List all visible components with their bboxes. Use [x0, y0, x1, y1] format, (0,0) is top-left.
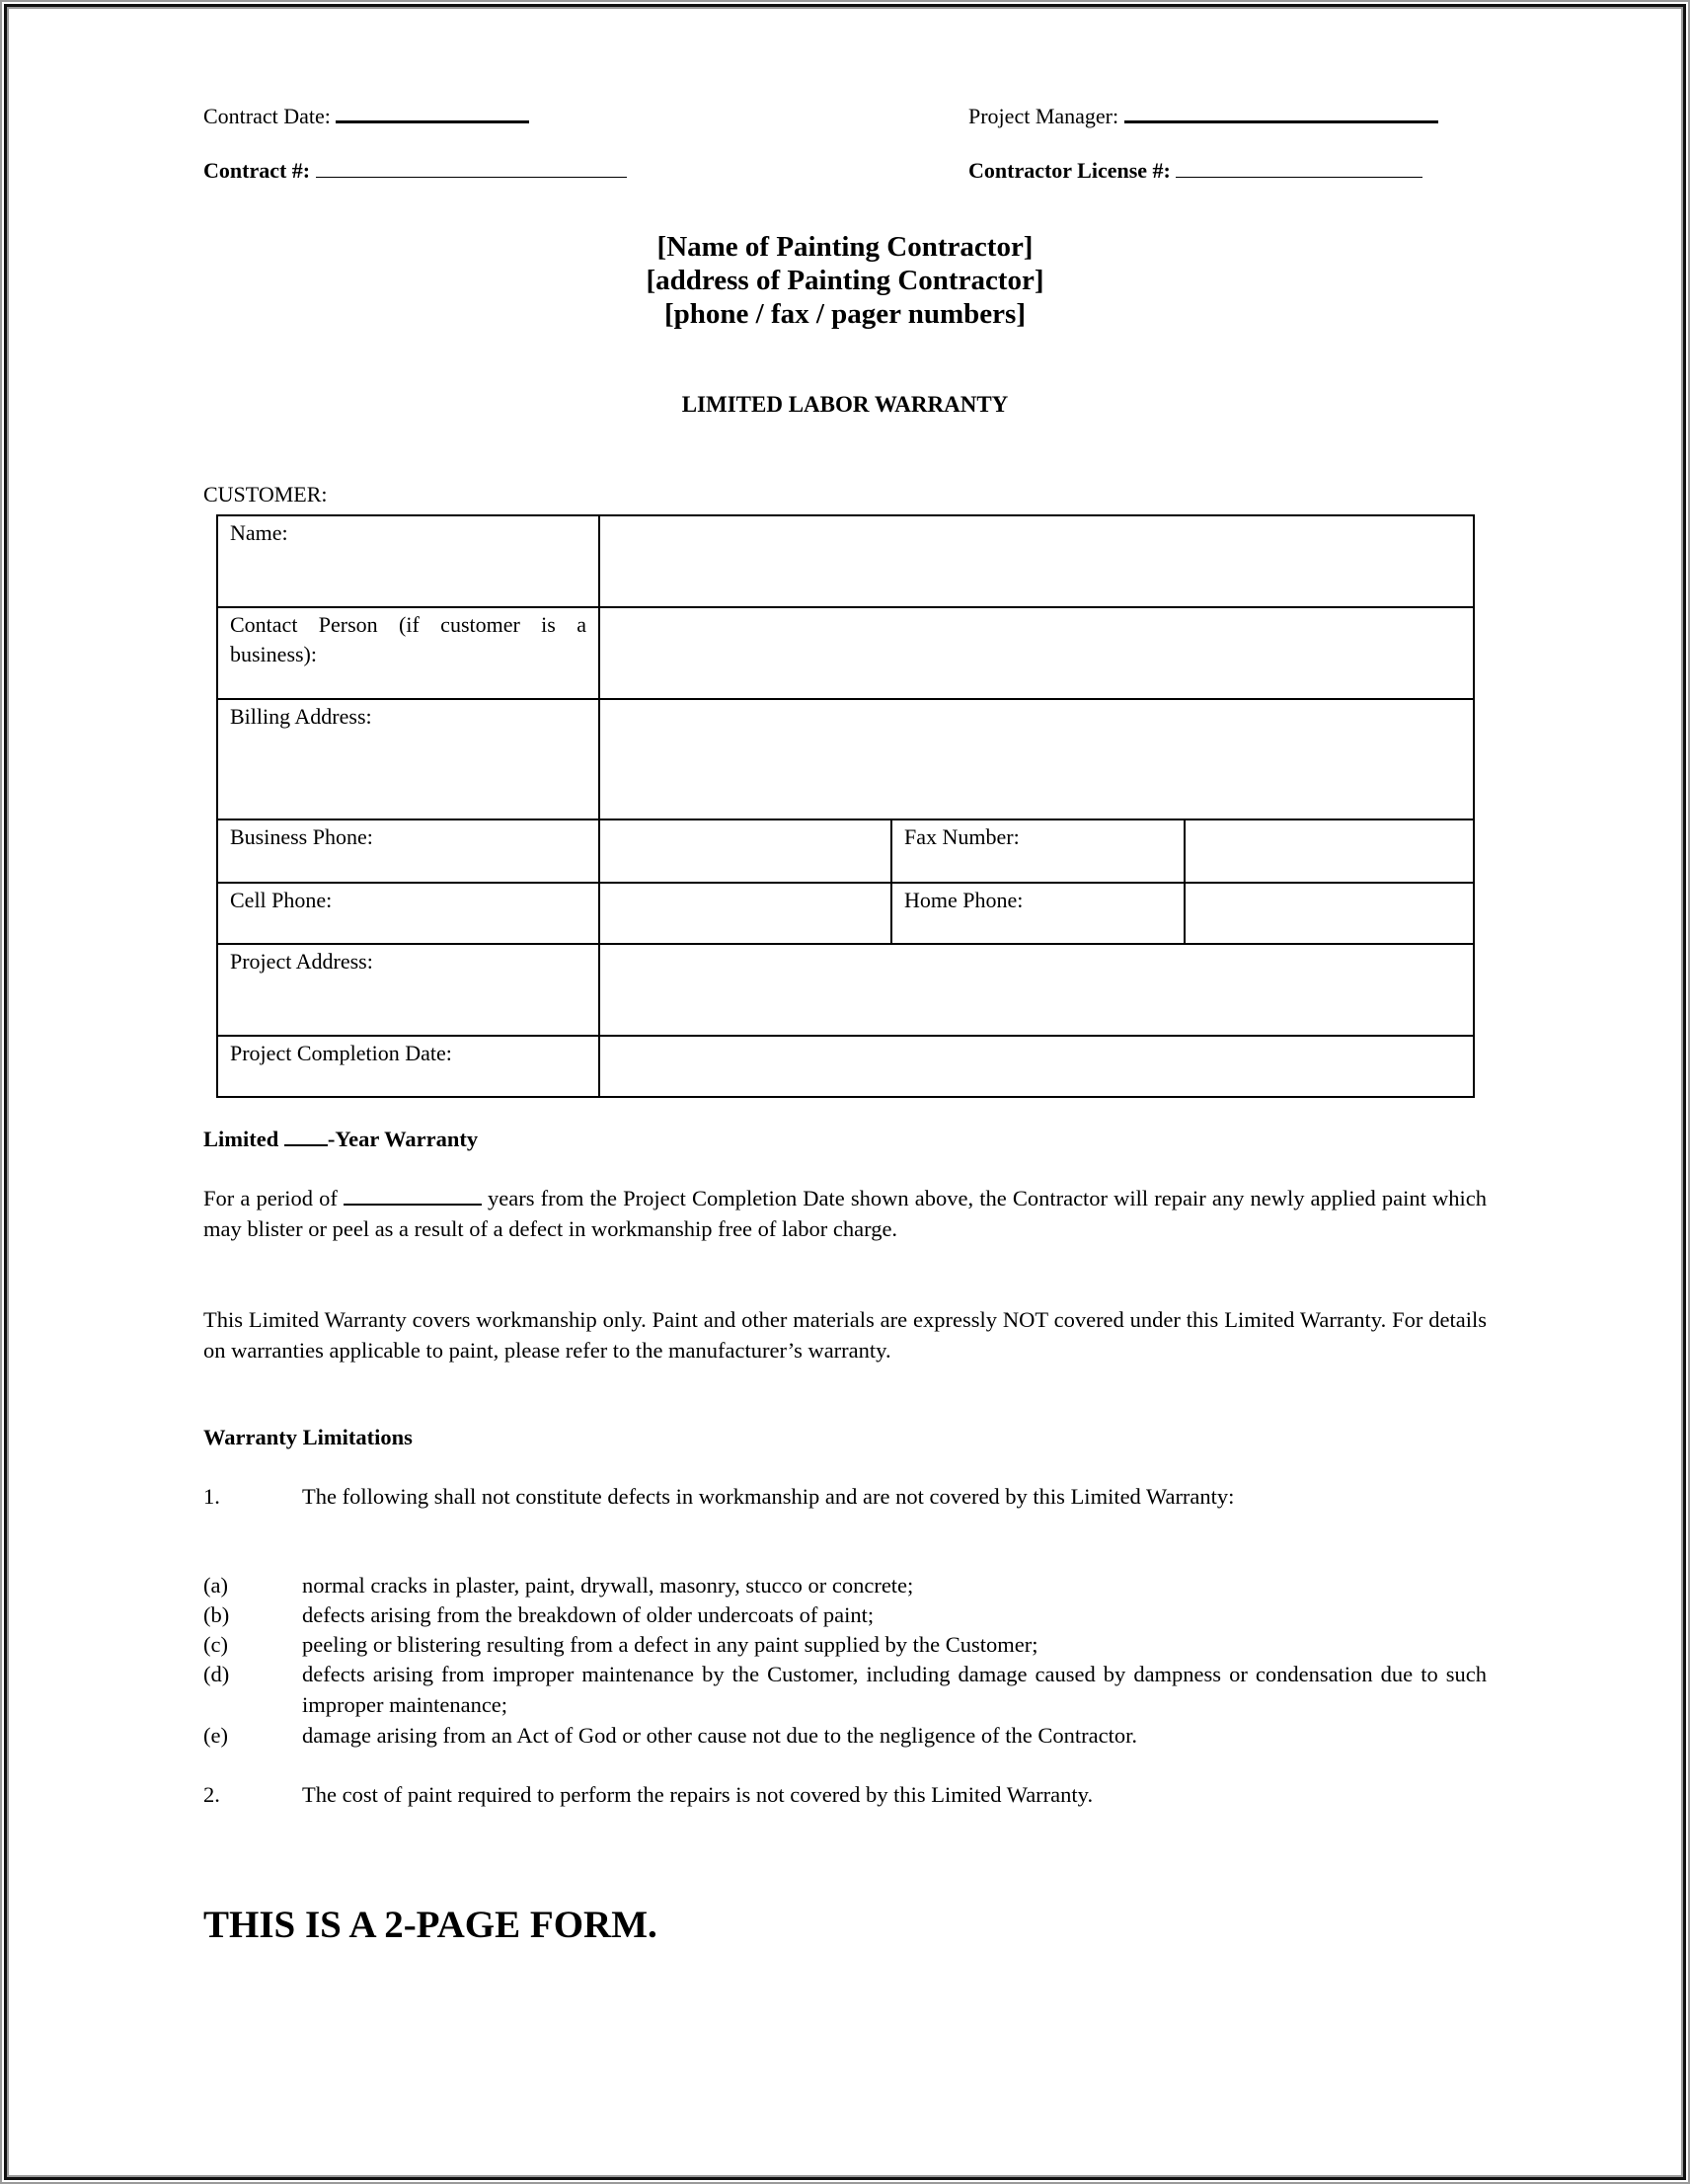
item-marker: 2. [203, 1780, 220, 1811]
subitem-text: defects arising from improper maintenanc… [302, 1660, 1487, 1720]
contractor-address: [address of Painting Contractor] [0, 265, 1690, 297]
subitem-marker: (b) [203, 1600, 229, 1631]
business-phone-label: Business Phone: [217, 819, 599, 883]
cell-phone-input[interactable] [599, 883, 891, 944]
subitem-marker: (c) [203, 1630, 228, 1661]
project-completion-date-label: Project Completion Date: [217, 1036, 599, 1097]
contract-date-field: Contract Date: [203, 102, 529, 131]
table-row: Billing Address: [217, 699, 1474, 819]
customer-label: CUSTOMER: [203, 482, 328, 507]
limitations-heading: Warranty Limitations [203, 1425, 413, 1450]
two-page-notice: THIS IS A 2-PAGE FORM. [203, 1903, 657, 1947]
customer-table: Name: Contact Person (if customer is a b… [216, 514, 1475, 1098]
billing-address-input[interactable] [599, 699, 1474, 819]
table-row: Cell Phone: Home Phone: [217, 883, 1474, 944]
project-address-label: Project Address: [217, 944, 599, 1036]
subitem-text: normal cracks in plaster, paint, drywall… [302, 1571, 1487, 1601]
project-completion-date-input[interactable] [599, 1036, 1474, 1097]
name-label: Name: [217, 515, 599, 607]
subitem-marker: (d) [203, 1660, 229, 1690]
contract-number-input[interactable] [316, 177, 627, 178]
document-title: LIMITED LABOR WARRANTY [0, 392, 1690, 418]
name-input[interactable] [599, 515, 1474, 607]
contract-number-field: Contract #: [203, 156, 627, 186]
warranty-period-input[interactable] [344, 1204, 482, 1206]
contractor-phones: [phone / fax / pager numbers] [0, 298, 1690, 331]
warranty-heading-pre: Limited [203, 1127, 284, 1151]
warranty-heading-post: -Year Warranty [328, 1127, 478, 1151]
table-row: Project Completion Date: [217, 1036, 1474, 1097]
contract-date-input[interactable] [336, 120, 529, 123]
home-phone-input[interactable] [1185, 883, 1474, 944]
limitation-item-1: 1. The following shall not constitute de… [0, 1482, 1690, 1545]
contact-person-label: Contact Person (if customer is a busines… [217, 607, 599, 699]
fax-number-label: Fax Number: [891, 819, 1185, 883]
table-row: Name: [217, 515, 1474, 607]
project-manager-field: Project Manager: [968, 102, 1438, 131]
subitem-text: damage arising from an Act of God or oth… [302, 1721, 1487, 1752]
subitem-text: peeling or blistering resulting from a d… [302, 1630, 1487, 1661]
item-text: The following shall not constitute defec… [203, 1482, 1487, 1513]
table-row: Project Address: [217, 944, 1474, 1036]
fax-number-input[interactable] [1185, 819, 1474, 883]
contractor-license-label: Contractor License #: [968, 158, 1171, 183]
contractor-license-input[interactable] [1176, 177, 1422, 178]
subitem-marker: (a) [203, 1571, 228, 1601]
project-manager-label: Project Manager: [968, 104, 1118, 128]
contractor-name: [Name of Painting Contractor] [0, 231, 1690, 264]
warranty-paragraph-2: This Limited Warranty covers workmanship… [203, 1304, 1487, 1365]
para1-pre: For a period of [203, 1186, 344, 1210]
contact-person-input[interactable] [599, 607, 1474, 699]
table-row: Contact Person (if customer is a busines… [217, 607, 1474, 699]
warranty-heading: Limited -Year Warranty [203, 1127, 478, 1152]
project-address-input[interactable] [599, 944, 1474, 1036]
home-phone-label: Home Phone: [891, 883, 1185, 944]
billing-address-label: Billing Address: [217, 699, 599, 819]
subitem-marker: (e) [203, 1721, 228, 1752]
cell-phone-label: Cell Phone: [217, 883, 599, 944]
warranty-paragraph-1: For a period of years from the Project C… [203, 1183, 1487, 1244]
warranty-years-input[interactable] [284, 1144, 328, 1146]
project-manager-input[interactable] [1124, 120, 1438, 123]
item-text: The cost of paint required to perform th… [302, 1780, 1487, 1811]
contract-date-label: Contract Date: [203, 104, 331, 128]
business-phone-input[interactable] [599, 819, 891, 883]
subitem-text: defects arising from the breakdown of ol… [302, 1600, 1487, 1631]
contractor-license-field: Contractor License #: [968, 156, 1422, 186]
table-row: Business Phone: Fax Number: [217, 819, 1474, 883]
para1-post: years from the Project Completion Date s… [203, 1186, 1487, 1241]
contract-number-label: Contract #: [203, 158, 310, 183]
